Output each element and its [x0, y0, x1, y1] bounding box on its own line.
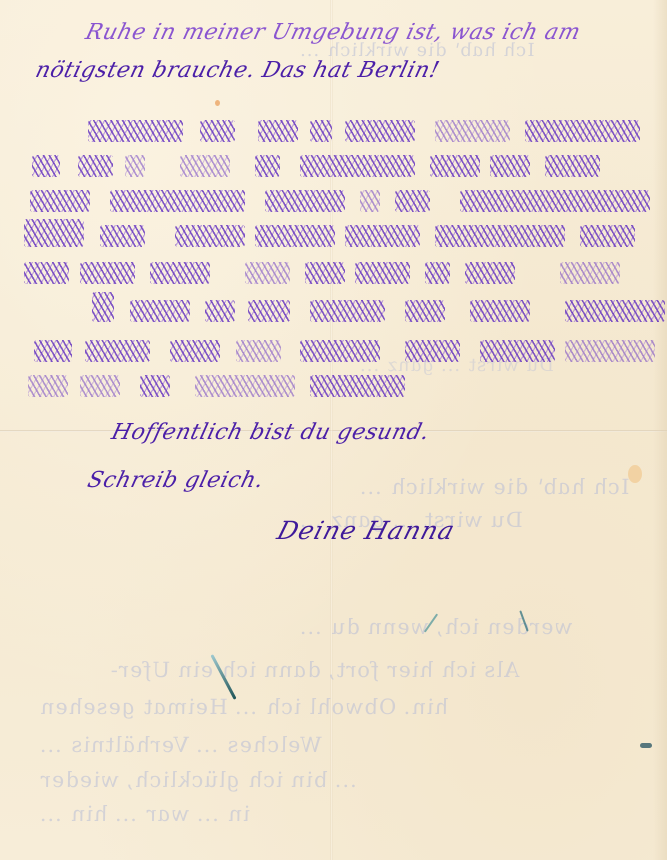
- struck-out-line: [0, 340, 667, 362]
- struck-out-line: [0, 120, 667, 142]
- bleed-through-text: Ich hab' die wirklich ...: [357, 475, 631, 499]
- bleed-through-text: Welches ... Verhältnis ...: [37, 733, 324, 757]
- letter-page: Ich hab' die wirklich ... Du wirst ... g…: [0, 0, 667, 860]
- paper-stain: [628, 465, 642, 483]
- bleed-through-text: ... bin ich glücklich, wieder: [37, 768, 360, 792]
- bleed-through-text: in ... war ... hin ...: [37, 802, 252, 826]
- bleed-through-text: hin. Obwohl ich ... Heimat gesehen: [37, 695, 450, 719]
- struck-out-line: [0, 155, 667, 177]
- bleed-through-text: Als ich hier fort, dann ich ein Ufer-: [107, 658, 521, 682]
- struck-out-line: [0, 300, 667, 322]
- closing-line: Schreib gleich.: [85, 468, 267, 493]
- letter-line: Ruhe in meiner Umgebung ist, was ich am: [83, 20, 583, 45]
- signature: Deine Hanna: [274, 516, 459, 545]
- ink-dot-mark: [640, 743, 652, 748]
- closing-line: Hoffentlich bist du gesund.: [109, 420, 432, 445]
- struck-out-line: [0, 262, 667, 284]
- struck-out-line: [0, 190, 667, 212]
- struck-out-line: [0, 225, 667, 247]
- bleed-through-text: werden ich, wenn du ...: [297, 615, 575, 639]
- letter-line: nötigsten brauche. Das hat Berlin!: [33, 58, 442, 83]
- paper-stain: [215, 100, 220, 106]
- struck-out-line: [0, 375, 667, 397]
